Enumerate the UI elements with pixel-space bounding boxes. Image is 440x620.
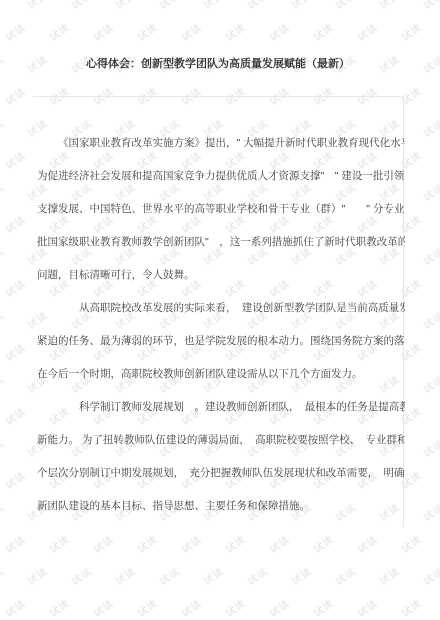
watermark-text: 试读 — [310, 531, 337, 556]
watermark-text: 试读 — [2, 83, 29, 108]
watermark-text: 试读 — [46, 19, 73, 44]
text-line: 《国家职业教育改革实施方案》提出，" 大幅提升新时代职业教育现代化水平， — [37, 127, 405, 160]
watermark-text: 试读 — [420, 51, 440, 76]
watermark-text: 试读 — [420, 0, 440, 12]
watermark-text: 试读 — [2, 275, 29, 300]
watermark-text: 试读 — [244, 0, 271, 12]
watermark-text: 试读 — [354, 19, 381, 44]
watermark-text: 试读 — [134, 531, 161, 556]
watermark-text: 试读 — [2, 531, 29, 556]
watermark-text: 试读 — [420, 307, 440, 332]
watermark-text: 试读 — [222, 19, 249, 44]
watermark-text: 试读 — [156, 563, 183, 588]
watermark-text: 试读 — [200, 0, 227, 12]
watermark-text: 试读 — [90, 19, 117, 44]
text-line: 支撑发展、中国特色、世界水平的高等职业学校和骨干专业（群）" " 分专业建设一 — [37, 193, 405, 226]
watermark-text: 试读 — [178, 19, 205, 44]
watermark-text: 试读 — [0, 51, 6, 76]
watermark-text: 试读 — [354, 595, 381, 620]
watermark-text: 试读 — [2, 147, 29, 172]
watermark-text: 试读 — [288, 0, 315, 12]
watermark-text: 试读 — [376, 0, 403, 12]
watermark-text: 试读 — [266, 531, 293, 556]
watermark-text: 试读 — [68, 563, 95, 588]
watermark-text: 试读 — [2, 595, 29, 620]
text-line: 新团队建设的基本目标、指导思想、主要任务和保障措施。 — [37, 490, 405, 523]
text-line: 科学制订教师发展规划 。建设教师创新团队， 最根本的任务是提高教师的教学创 — [37, 391, 405, 424]
content-box-top-border — [33, 96, 404, 97]
watermark-text: 试读 — [222, 531, 249, 556]
watermark-text: 试读 — [0, 563, 6, 588]
watermark-text: 试读 — [24, 0, 51, 12]
watermark-text: 试读 — [222, 595, 249, 620]
watermark-text: 试读 — [420, 499, 440, 524]
watermark-text: 试读 — [156, 0, 183, 12]
watermark-text: 试读 — [68, 0, 95, 12]
watermark-text: 试读 — [398, 531, 425, 556]
watermark-text: 试读 — [90, 595, 117, 620]
text-line: 在今后一个时期，高职院校教师创新团队建设需从以下几个方面发力。 — [37, 358, 405, 391]
watermark-text: 试读 — [200, 563, 227, 588]
watermark-text: 试读 — [46, 531, 73, 556]
watermark-text: 试读 — [420, 179, 440, 204]
watermark-text: 试读 — [90, 531, 117, 556]
watermark-text: 试读 — [310, 595, 337, 620]
watermark-text: 试读 — [112, 563, 139, 588]
watermark-text: 试读 — [420, 115, 440, 140]
watermark-text: 试读 — [266, 19, 293, 44]
text-line: 问题，目标清晰可行，令人鼓舞。 — [37, 259, 405, 292]
watermark-text: 试读 — [420, 563, 440, 588]
watermark-text: 试读 — [332, 0, 359, 12]
document-title: 心得体会：创新型教学团队为高质量发展赋能（最新） — [33, 55, 403, 73]
document-body: 《国家职业教育改革实施方案》提出，" 大幅提升新时代职业教育现代化水平，为促进经… — [37, 127, 405, 523]
watermark-text: 试读 — [266, 595, 293, 620]
watermark-text: 试读 — [134, 595, 161, 620]
watermark-text: 试读 — [2, 19, 29, 44]
watermark-text: 试读 — [0, 499, 6, 524]
watermark-text: 试读 — [0, 435, 6, 460]
watermark-text: 试读 — [0, 115, 6, 140]
watermark-text: 试读 — [332, 563, 359, 588]
watermark-text: 试读 — [24, 563, 51, 588]
watermark-text: 试读 — [134, 19, 161, 44]
watermark-text: 试读 — [46, 595, 73, 620]
text-line: 新能力。 为了扭转教师队伍建设的薄弱局面， 高职院校要按照学校、 专业群和专业三 — [37, 424, 405, 457]
watermark-text: 试读 — [0, 371, 6, 396]
watermark-text: 试读 — [112, 0, 139, 12]
watermark-text: 试读 — [178, 531, 205, 556]
watermark-text: 试读 — [0, 307, 6, 332]
watermark-text: 试读 — [398, 595, 425, 620]
watermark-text: 试读 — [0, 0, 6, 12]
watermark-text: 试读 — [420, 371, 440, 396]
watermark-text: 试读 — [420, 243, 440, 268]
watermark-text: 试读 — [376, 563, 403, 588]
text-line: 批国家级职业教育教师教学创新团队" ，这一系列措施抓住了新时代职教改革的关键 — [37, 226, 405, 259]
watermark-text: 试读 — [2, 467, 29, 492]
text-line: 为促进经济社会发展和提高国家竞争力提供优质人才资源支撑" " 建设一批引领改革、 — [37, 160, 405, 193]
watermark-text: 试读 — [398, 19, 425, 44]
watermark-text: 试读 — [0, 179, 6, 204]
watermark-text: 试读 — [420, 435, 440, 460]
watermark-text: 试读 — [310, 19, 337, 44]
watermark-text: 试读 — [178, 595, 205, 620]
text-line: 紧迫的任务、最为薄弱的环节，也是学院发展的根本动力。围绕国务院方案的落实， — [37, 325, 405, 358]
watermark-text: 试读 — [354, 531, 381, 556]
text-line: 从高职院校改革发展的实际来看， 建设创新型教学团队是当前高质量发展中最为 — [37, 292, 405, 325]
watermark-text: 试读 — [2, 339, 29, 364]
watermark-text: 试读 — [288, 563, 315, 588]
watermark-text: 试读 — [2, 211, 29, 236]
watermark-text: 试读 — [244, 563, 271, 588]
watermark-text: 试读 — [2, 403, 29, 428]
document-preview-page: 试读试读试读试读试读试读试读试读试读试读试读试读试读试读试读试读试读试读试读试读… — [0, 0, 440, 620]
text-line: 个层次分别制订中期发展规划， 充分把握教师队伍发展现状和改革需要， 明确教师创 — [37, 457, 405, 490]
watermark-text: 试读 — [0, 243, 6, 268]
